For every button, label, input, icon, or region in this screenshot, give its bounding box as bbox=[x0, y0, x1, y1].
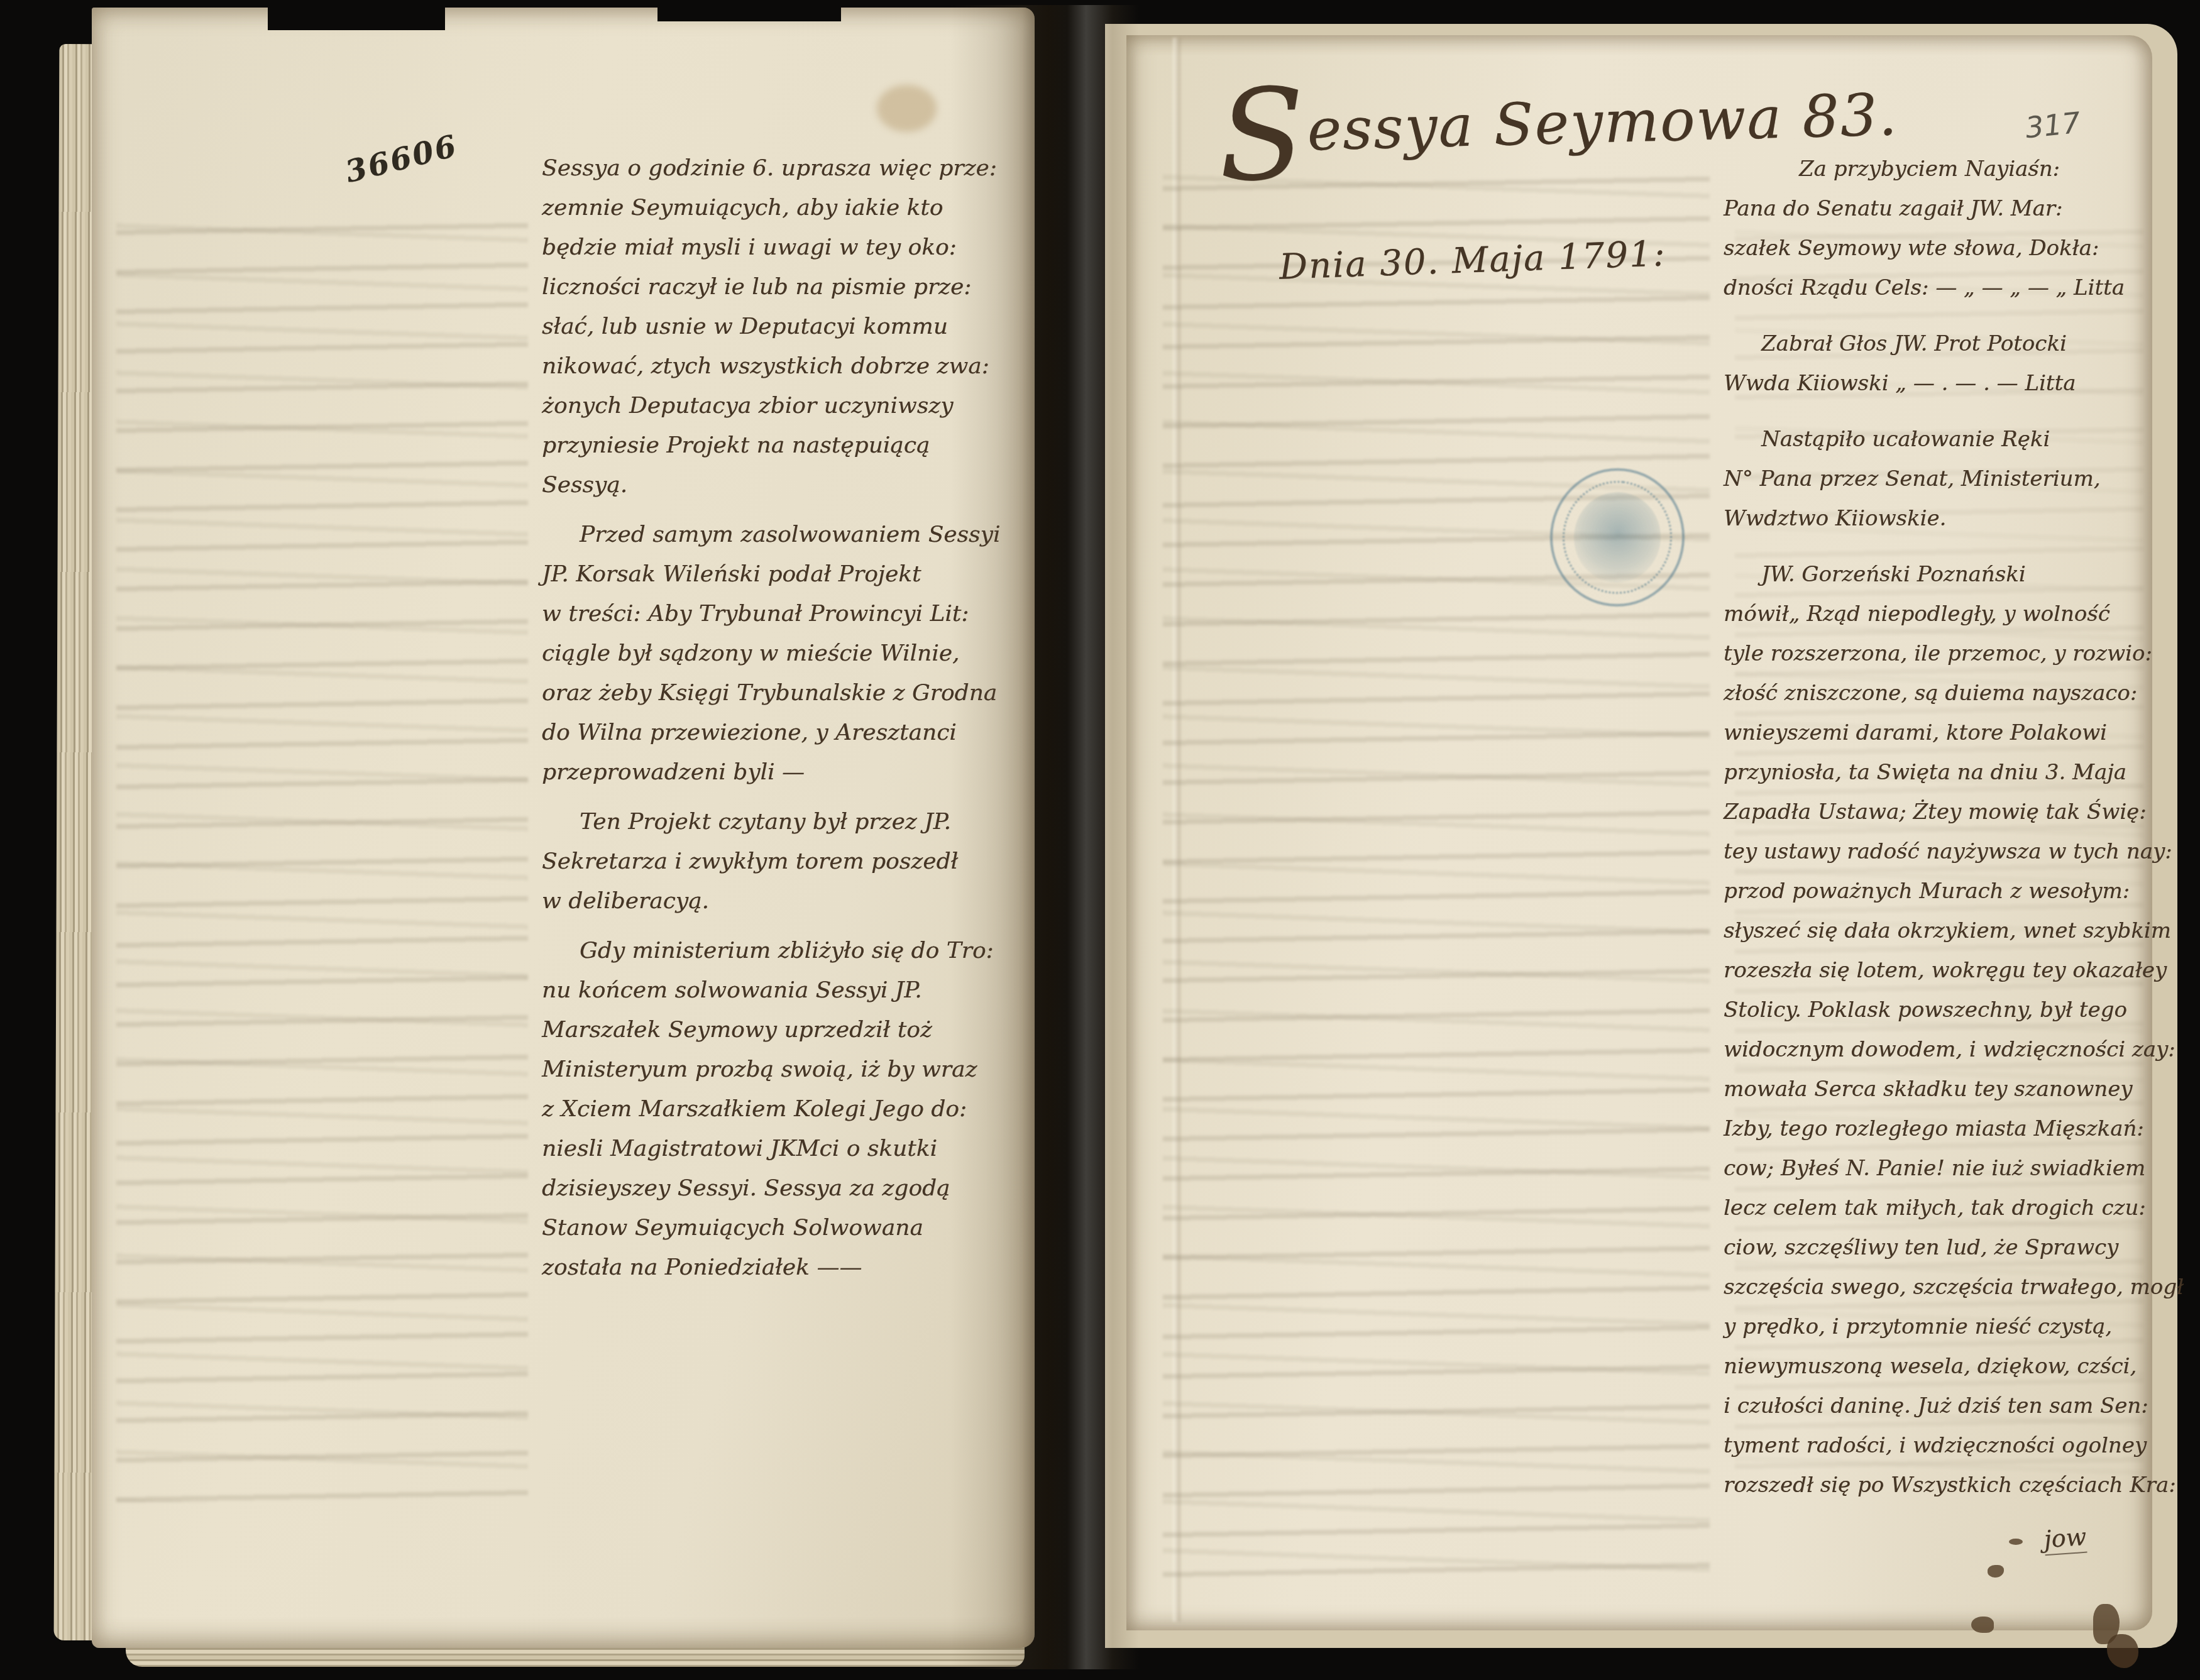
manuscript-line: tyment radości, i wdzięczności ogolney bbox=[1724, 1426, 2164, 1466]
manuscript-line: przeprowadzeni byli — bbox=[542, 752, 1010, 792]
manuscript-line: tey ustawy radość nayżywsza w tych nay: bbox=[1724, 832, 2164, 872]
manuscript-line: do Wilna przewiezione, y Aresztanci bbox=[542, 713, 1010, 752]
manuscript-line: liczności raczył ie lub na pismie prze: bbox=[542, 267, 1010, 307]
bleedthrough-writing bbox=[116, 201, 528, 1502]
manuscript-line: żonych Deputacya zbior uczyniwszy bbox=[542, 386, 1010, 425]
paragraph: Sessya o godzinie 6. uprasza więc prze:z… bbox=[542, 148, 1010, 505]
manuscript-line: Ten Projekt czytany był przez JP. bbox=[542, 802, 1010, 842]
manuscript-line: Izby, tego rozległego miasta Mięszkań: bbox=[1724, 1109, 2164, 1149]
manuscript-line: mowała Serca składku tey szanowney bbox=[1724, 1070, 2164, 1109]
paper-stain bbox=[877, 85, 937, 132]
manuscript-line: Gdy ministerium zbliżyło się do Tro: bbox=[542, 931, 1010, 970]
manuscript-line: widocznym dowodem, i wdzięczności zay: bbox=[1724, 1030, 2164, 1070]
manuscript-line: Zapadła Ustawa; Żtey mowię tak Świę: bbox=[1724, 793, 2164, 832]
manuscript-line: Przed samym zasolwowaniem Sessyi bbox=[542, 515, 1010, 554]
manuscript-line: w deliberacyą. bbox=[542, 881, 1010, 921]
paragraph: Ten Projekt czytany był przez JP.Sekreta… bbox=[542, 802, 1010, 921]
manuscript-line: rozszedł się po Wszystkich częściach Kra… bbox=[1724, 1466, 2164, 1505]
manuscript-line: wnieyszemi darami, ktore Polakowi bbox=[1724, 713, 2164, 753]
manuscript-line: nu końcem solwowania Sessyi JP. bbox=[542, 970, 1010, 1010]
manuscript-line: tyle rozszerzona, ile przemoc, y rozwio: bbox=[1724, 634, 2164, 674]
manuscript-line: ciow, szczęśliwy ten lud, że Sprawcy bbox=[1724, 1228, 2164, 1268]
manuscript-line: N° Pana przez Senat, Ministerium, bbox=[1724, 459, 2164, 499]
manuscript-line: Wwdztwo Kiiowskie. bbox=[1724, 499, 2164, 539]
manuscript-line: została na Poniedziałek —— bbox=[542, 1248, 1010, 1287]
manuscript-line: będzie miał mysli i uwagi w tey oko: bbox=[542, 228, 1010, 267]
manuscript-line: Zabrał Głos JW. Prot Potocki bbox=[1724, 324, 2164, 364]
manuscript-line: nikować, ztych wszystkich dobrze zwa: bbox=[542, 346, 1010, 386]
manuscript-line: JP. Korsak Wileński podał Projekt bbox=[542, 554, 1010, 594]
manuscript-line: oraz żeby Księgi Trybunalskie z Grodna bbox=[542, 673, 1010, 713]
ink-blot bbox=[2107, 1634, 2138, 1668]
manuscript-line: lecz celem tak miłych, tak drogich czu: bbox=[1724, 1189, 2164, 1228]
ink-blot bbox=[1971, 1617, 1994, 1633]
manuscript-line: Za przybyciem Nayiaśn: bbox=[1724, 150, 2164, 189]
manuscript-line: JW. Gorzeński Poznański bbox=[1724, 555, 2164, 595]
manuscript-line: dności Rządu Cels: — „ — „ — „ Litta bbox=[1724, 268, 2164, 308]
manuscript-line: szczęścia swego, szczęścia trwałego, mog… bbox=[1724, 1268, 2164, 1307]
page-number: 317 bbox=[2023, 106, 2082, 145]
right-page-text: Za przybyciem Nayiaśn:Pana do Senatu zag… bbox=[1724, 150, 2164, 1522]
manuscript-line: Sekretarza i zwykłym torem poszedł bbox=[542, 842, 1010, 881]
manuscript-line: Ministeryum prozbą swoią, iż by wraz bbox=[542, 1050, 1010, 1089]
manuscript-line: ciągle był sądzony w mieście Wilnie, bbox=[542, 634, 1010, 673]
paragraph: JW. Gorzeński Poznańskimówił„ Rząd niepo… bbox=[1724, 555, 2164, 1505]
manuscript-line: Wwda Kiiowski „ — . — . — Litta bbox=[1724, 364, 2164, 404]
manuscript-line: rozeszła się lotem, wokręgu tey okazałey bbox=[1724, 951, 2164, 991]
manuscript-line: przyniosła, ta Swięta na dniu 3. Maja bbox=[1724, 753, 2164, 793]
ink-blot bbox=[2009, 1539, 2023, 1545]
manuscript-line: niesli Magistratowi JKMci o skutki bbox=[542, 1129, 1010, 1168]
paragraph: Nastąpiło ucałowanie RękiN° Pana przez S… bbox=[1724, 420, 2164, 539]
paragraph: Zabrał Głos JW. Prot PotockiWwda Kiiowsk… bbox=[1724, 324, 2164, 404]
manuscript-line: Sessyą. bbox=[542, 465, 1010, 505]
manuscript-line: Pana do Senatu zagaił JW. Mar: bbox=[1724, 189, 2164, 229]
background-notch bbox=[268, 0, 445, 30]
manuscript-line: mówił„ Rząd niepodległy, y wolność bbox=[1724, 595, 2164, 634]
manuscript-line: niewymuszoną wesela, dziękow, czści, bbox=[1724, 1347, 2164, 1386]
manuscript-line: przyniesie Projekt na następuiącą bbox=[542, 425, 1010, 465]
manuscript-line: szałek Seymowy wte słowa, Dokła: bbox=[1724, 229, 2164, 268]
paragraph: Gdy ministerium zbliżyło się do Tro:nu k… bbox=[542, 931, 1010, 1287]
manuscript-line: cow; Byłeś N. Panie! nie iuż swiadkiem bbox=[1724, 1149, 2164, 1189]
manuscript-line: i czułości daninę. Już dziś ten sam Sen: bbox=[1724, 1386, 2164, 1426]
manuscript-line: Marszałek Seymowy uprzedził toż bbox=[542, 1010, 1010, 1050]
manuscript-line: przod poważnych Murach z wesołym: bbox=[1724, 872, 2164, 911]
manuscript-line: z Xciem Marszałkiem Kolegi Jego do: bbox=[542, 1089, 1010, 1129]
manuscript-photo: 36606 Sessya o godzinie 6. uprasza więc … bbox=[0, 0, 2200, 1680]
manuscript-line: dzisieyszey Sessyi. Sessya za zgodą bbox=[542, 1168, 1010, 1208]
background-notch bbox=[657, 0, 841, 21]
manuscript-line: słyszeć się dała okrzykiem, wnet szybkim bbox=[1724, 911, 2164, 951]
manuscript-line: w treści: Aby Trybunał Prowincyi Lit: bbox=[542, 594, 1010, 634]
paragraph: Przed samym zasolwowaniem SessyiJP. Kors… bbox=[542, 515, 1010, 792]
catchword: jow bbox=[2043, 1523, 2087, 1556]
manuscript-line: słać, lub usnie w Deputacyi kommu bbox=[542, 307, 1010, 346]
manuscript-line: y prędko, i przytomnie nieść czystą, bbox=[1724, 1307, 2164, 1347]
manuscript-line: Sessya o godzinie 6. uprasza więc prze: bbox=[542, 148, 1010, 188]
manuscript-line: złość zniszczone, są duiema nayszaco: bbox=[1724, 674, 2164, 713]
bleedthrough-writing bbox=[1163, 157, 1710, 1590]
manuscript-line: Stanow Seymuiących Solwowana bbox=[542, 1208, 1010, 1248]
manuscript-line: zemnie Seymuiących, aby iakie kto bbox=[542, 188, 1010, 228]
manuscript-line: Stolicy. Poklask powszechny, był tego bbox=[1724, 991, 2164, 1030]
paragraph: Za przybyciem Nayiaśn:Pana do Senatu zag… bbox=[1724, 150, 2164, 308]
session-title-initial: S bbox=[1218, 104, 1306, 169]
manuscript-line: Nastąpiło ucałowanie Ręki bbox=[1724, 420, 2164, 459]
left-page-text: Sessya o godzinie 6. uprasza więc prze:z… bbox=[542, 148, 1010, 1297]
